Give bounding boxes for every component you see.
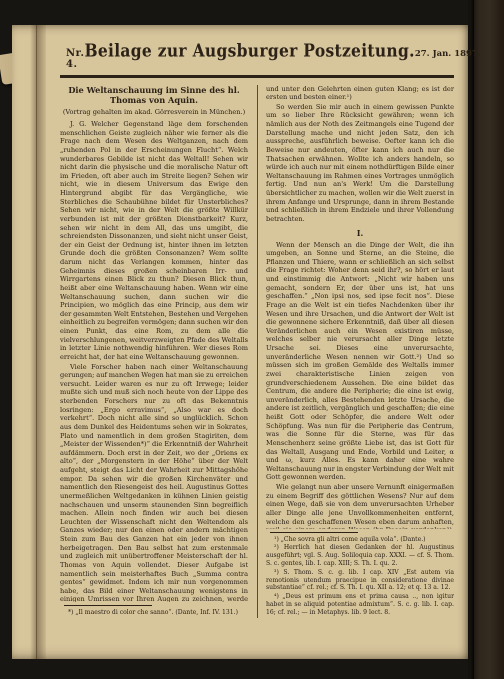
binding-gutter-shadow [30, 25, 46, 659]
photo-of-bound-newspaper: Nr. 4. Beilage zur Augsburger Postzeitun… [0, 0, 504, 679]
footnote-rule [64, 605, 152, 606]
column-left-body: Die Weltanschauung im Sinne des hl. Thom… [60, 85, 248, 603]
masthead: Nr. 4. Beilage zur Augsburger Postzeitun… [60, 41, 454, 70]
masthead-rule [60, 75, 454, 78]
footnote: ¹) „Che sovra gli altri come aquila vola… [266, 536, 454, 544]
paragraph: Wie gelangt nun aber unsere Vernunft ein… [266, 483, 454, 529]
masthead-date: 27. Jan. 1897. [415, 49, 481, 59]
column-right-body: und unter den Gelehrten einen guten Klan… [266, 85, 454, 530]
two-column-text: Die Weltanschauung im Sinne des hl. Thom… [60, 85, 454, 618]
masthead-title: Beilage zur Augsburger Postzeitung. [84, 40, 414, 61]
paragraph: J. G. Welcher Gegenstand läge dem forsch… [60, 120, 248, 362]
left-footnote-block: *) „Il maestro di color che sanno“. (Dan… [60, 602, 248, 617]
paragraph: Wenn der Mensch an die Dinge der Welt, d… [266, 241, 454, 483]
newspaper-page: Nr. 4. Beilage zur Augsburger Postzeitun… [12, 25, 468, 659]
section-heading: I. [266, 228, 454, 238]
column-right: und unter den Gelehrten einen guten Klan… [266, 85, 454, 618]
footnote: ³) S. Thom. S. c. g. lib. I cap. XIV „Es… [266, 569, 454, 592]
page-stack-shadow [470, 0, 474, 679]
footnote: *) „Il maestro di color che sanno“. (Dan… [60, 609, 248, 617]
column-left: Die Weltanschauung im Sinne des hl. Thom… [60, 85, 248, 618]
page-content: Nr. 4. Beilage zur Augsburger Postzeitun… [60, 41, 454, 618]
footnote: ⁴) „Deus est primum ens et prima causa .… [266, 593, 454, 616]
paragraph: und unter den Gelehrten einen guten Klan… [266, 85, 454, 102]
paragraph: So werden Sie mir auch in einem gewissen… [266, 103, 454, 224]
column-divider-rule [257, 85, 258, 618]
binding-gutter-line [36, 25, 37, 659]
article-subtitle: (Vortrag gehalten im akad. Görresverein … [60, 108, 248, 116]
footnote-rule [270, 532, 358, 533]
issue-number: Nr. 4. [66, 48, 84, 70]
article-title: Die Weltanschauung im Sinne des hl. Thom… [60, 85, 248, 106]
right-footnote-block: ¹) „Che sovra gli altri come aquila vola… [266, 529, 454, 617]
paragraph: Viele Forscher haben nach einer Weltansc… [60, 363, 248, 603]
footnote: ²) Herrlich hat diesen Gedanken der hl. … [266, 544, 454, 567]
